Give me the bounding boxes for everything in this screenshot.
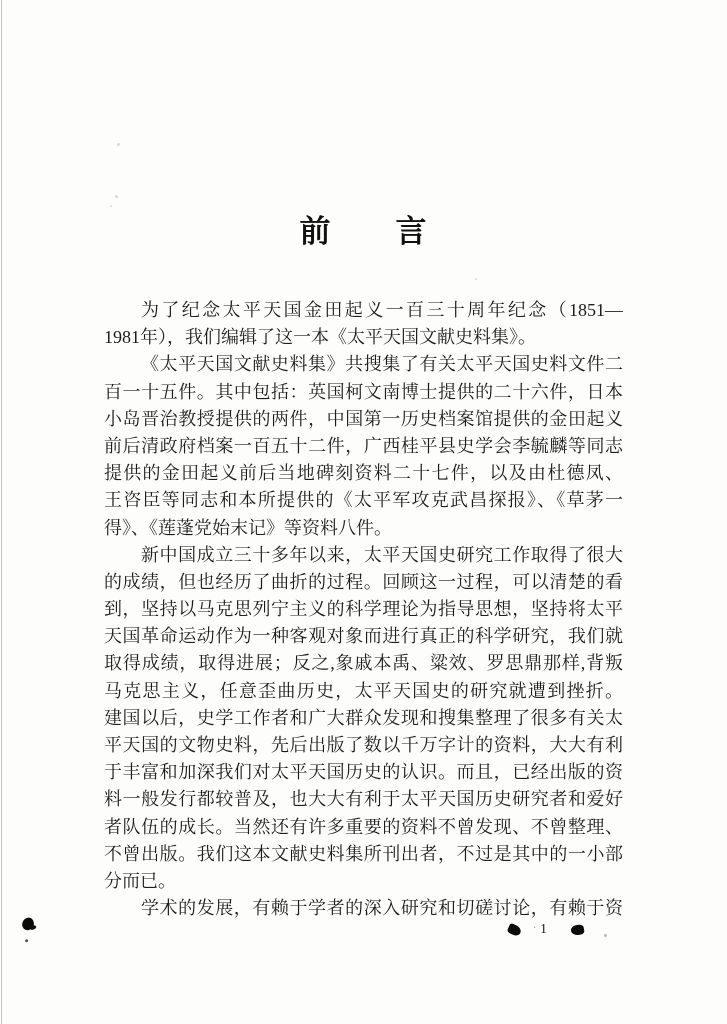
scan-speck	[117, 143, 120, 146]
text-line: 学术的发展，有赖于学者的深入研究和切磋讨论，有赖于资	[104, 895, 623, 922]
ink-smudge	[507, 923, 523, 937]
page-number: 1	[508, 921, 607, 939]
scan-speck	[110, 205, 112, 207]
scan-speck	[604, 934, 607, 937]
text-line: 到，坚持以马克思列宁主义的科学理论为指导思想，坚持将太平	[104, 596, 623, 623]
text-line: 新中国成立三十多年以来，太平天国史研究工作取得了很大	[104, 542, 623, 569]
text-line: 为了纪念太平天国金田起义一百三十周年纪念（1851—	[104, 297, 623, 324]
text-line: 于丰富和加深我们对太平天国历史的认识。而且，已经出版的资	[104, 759, 623, 786]
text-line: 前后清政府档案一百五十二件，广西桂平县史学会李毓麟等同志	[104, 433, 623, 460]
text-line: 王咨臣等同志和本所提供的《太平军攻克武昌探报》、《草茅一	[104, 487, 623, 514]
text-line: 建国以后，史学工作者和广大群众发现和搜集整理了很多有关太	[104, 705, 623, 732]
text-line: 的成绩，但也经历了曲折的过程。回顾这一过程，可以清楚的看	[104, 569, 623, 596]
text-line: 小岛晋治教授提供的两件，中国第一历史档案馆提供的金田起义	[104, 406, 623, 433]
scanned-book-page: 前 言 为了纪念太平天国金田起义一百三十周年纪念（1851—1981年），我们编…	[0, 0, 727, 1024]
text-line: 1981年），我们编辑了这一本《太平天国文献史料集》。	[104, 324, 623, 351]
text-line: 得》、《莲蓬党始末记》等资料八件。	[104, 515, 623, 542]
text-line: 平天国的文物史料，先后出版了数以千万字计的资料，大大有利	[104, 732, 623, 759]
text-line: 天国革命运动作为一种客观对象而进行真正的科学研究，我们就	[104, 623, 623, 650]
text-line: 马克思主义，任意歪曲历史，太平天国史的研究就遭到挫折。	[104, 678, 623, 705]
page-title: 前 言	[0, 212, 727, 252]
text-line: 料一般发行都较普及，也大大有利于太平天国历史研究者和爱好	[104, 786, 623, 813]
text-line: 不曾出版。我们这本文献史料集所刊出者，不过是其中的一小部	[104, 841, 623, 868]
ink-smudge	[570, 924, 585, 936]
scan-speck	[367, 861, 369, 863]
text-line: 百一十五件。其中包括：英国柯文南博士提供的二十六件，日本	[104, 379, 623, 406]
scan-speck	[115, 195, 118, 198]
scan-speck	[475, 278, 477, 280]
text-line: 提供的金田起义前后当地碑刻资料二十七件，以及由杜德凤、	[104, 460, 623, 487]
text-line: 取得成绩，取得进展；反之,象戚本禹、粱效、罗思鼎那样,背叛	[104, 650, 623, 677]
body-text: 为了纪念太平天国金田起义一百三十周年纪念（1851—1981年），我们编辑了这一…	[104, 297, 623, 922]
ink-blot	[20, 916, 35, 931]
scanner-edge-line	[1, 0, 2, 1024]
text-line: 分而已。	[104, 868, 623, 895]
text-line: 者队伍的成长。当然还有许多重要的资料不曾发现、不曾整理、	[104, 814, 623, 841]
text-line: 《太平天国文献史料集》共搜集了有关太平天国史料文件二	[104, 351, 623, 378]
page-number-text: 1	[540, 922, 547, 938]
